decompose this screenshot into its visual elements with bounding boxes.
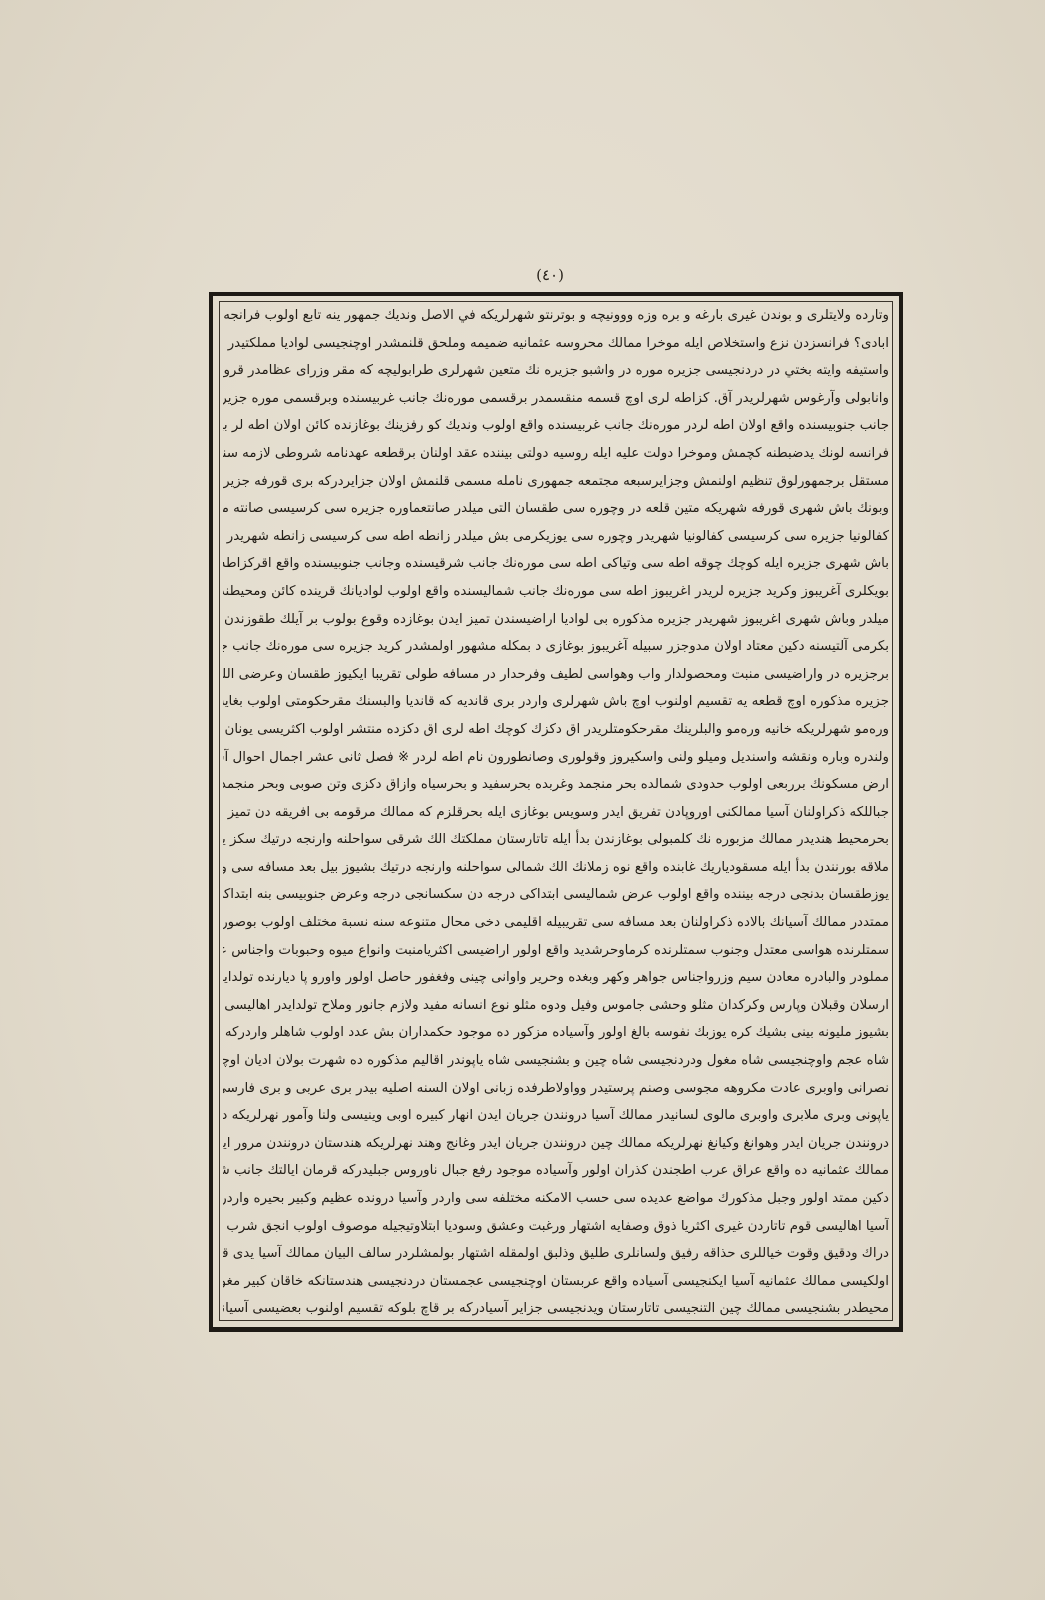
text-line: ابادى؟ فرانسزدن نزع واستخلاص ايله موخرا … [223, 330, 889, 358]
text-line: آسيا اهاليسى قوم تاتاردن غيرى اكثريا ذوق… [223, 1213, 889, 1241]
text-line: ورەمو شهرلريكه خانيه ورەمو والبلرينك مقر… [223, 716, 889, 744]
text-line: وانابولى وآرغوس شهرلريدر آق. كزاطه لرى ا… [223, 385, 889, 413]
text-line: نصرانى واوبرى عادت مكروهه مجوسى وصنم پرس… [223, 1075, 889, 1103]
text-line: كفالونيا جزيره سى كرسيسى كفالونيا شهريدر… [223, 523, 889, 551]
text-line: برجزيره در واراضيسى منبت ومحصولدار واب و… [223, 661, 889, 689]
text-line: ممتددر ممالك آسيانك بالاده ذكراولنان بعد… [223, 909, 889, 937]
section-heading-line: ولندره وباره ونقشه واسنديل وميلو ولنى وا… [223, 744, 889, 772]
text-line: جزيره مذكوره اوچ قطعه يه تقسيم اولنوب او… [223, 688, 889, 716]
text-line: اولكيسى ممالك عثمانيه آسيا ايكنجيسى آسيا… [223, 1268, 889, 1296]
text-line: باش شهرى جزيره ايله كوچك چوقه اطه سى وتي… [223, 550, 889, 578]
text-line: بشيوز مليونه بينى بشيك كره يوزبك نفوسه ب… [223, 1019, 889, 1047]
text-line: جباللكه ذكراولنان آسيا ممالكنى اوروپادن … [223, 799, 889, 827]
text-line: دراك ودقيق وقوت خياللرى حذاقه رفيق ولسان… [223, 1240, 889, 1268]
text-line: محيطدر بشنجيسى ممالك چين التنجيسى تاتارس… [223, 1295, 889, 1323]
text-line: جانب جنوبيسنده واقع اولان اطه لردر مورەن… [223, 412, 889, 440]
page-number: (٤٠) [520, 266, 580, 284]
text-line: فرانسه لونك يدضبطنه كچمش وموخرا دولت علي… [223, 440, 889, 468]
text-line: مملودر والبادره معادن سيم وزرواجناس جواه… [223, 964, 889, 992]
text-line: مستقل برجمهورلوق تنظيم اولنمش وجزايرسبعه… [223, 468, 889, 496]
text-line: شاه عجم واوچنجيسى شاه مغول ودردنجيسى شاه… [223, 1047, 889, 1075]
text-line: ارض مسكونك برربعى اولوب حدودى شمالده بحر… [223, 771, 889, 799]
body-text: وتارده ولايتلرى و بوندن غيرى بارغه و بره… [223, 302, 889, 1323]
text-line: بكرمى آلتيسنه دكين معتاد اولان مدوجزر سب… [223, 633, 889, 661]
text-line: درونندن جريان ايدر وهوانغ وكيانغ نهرلريك… [223, 1130, 889, 1158]
text-line: دكين ممتد اولور وجبل مذكورك مواضع عديده … [223, 1185, 889, 1213]
text-line: ملاقه بورنندن بدأ ايله مسقودياريك غابنده… [223, 854, 889, 882]
text-line: سمتلرنده هواسى معتدل وجنوب سمتلرنده كرما… [223, 937, 889, 965]
text-line: وبونك باش شهرى قورفه شهريكه متين قلعه در… [223, 495, 889, 523]
text-line: ممالك عثمانيه ده واقع عراق عرب اطجندن كذ… [223, 1157, 889, 1185]
text-line: ياپونى وبرى ملابرى واوبرى مالوى لسانيدر … [223, 1102, 889, 1130]
page-frame-outer: وتارده ولايتلرى و بوندن غيرى بارغه و بره… [209, 292, 903, 1332]
text-line: بويكلرى آغريبوز وكريد جزيره لريدر اغريبو… [223, 578, 889, 606]
scanned-page: (٤٠) وتارده ولايتلرى و بوندن غيرى بارغه … [0, 0, 1045, 1600]
text-line: واستيفه وايته بختي در دردنجيسى جزيره مور… [223, 357, 889, 385]
text-line: بحرمحيط هنديدر ممالك مزبوره نك كلمبولى ب… [223, 826, 889, 854]
text-line: وتارده ولايتلرى و بوندن غيرى بارغه و بره… [223, 302, 889, 330]
text-line: يوزطقسان بدنجى درجه بيننده واقع اولوب عر… [223, 881, 889, 909]
text-line: ميلدر وباش شهرى اغريبوز شهريدر جزيره مذك… [223, 606, 889, 634]
text-line: ارسلان وقبلان وپارس وكركدان مثلو وحشى جا… [223, 992, 889, 1020]
